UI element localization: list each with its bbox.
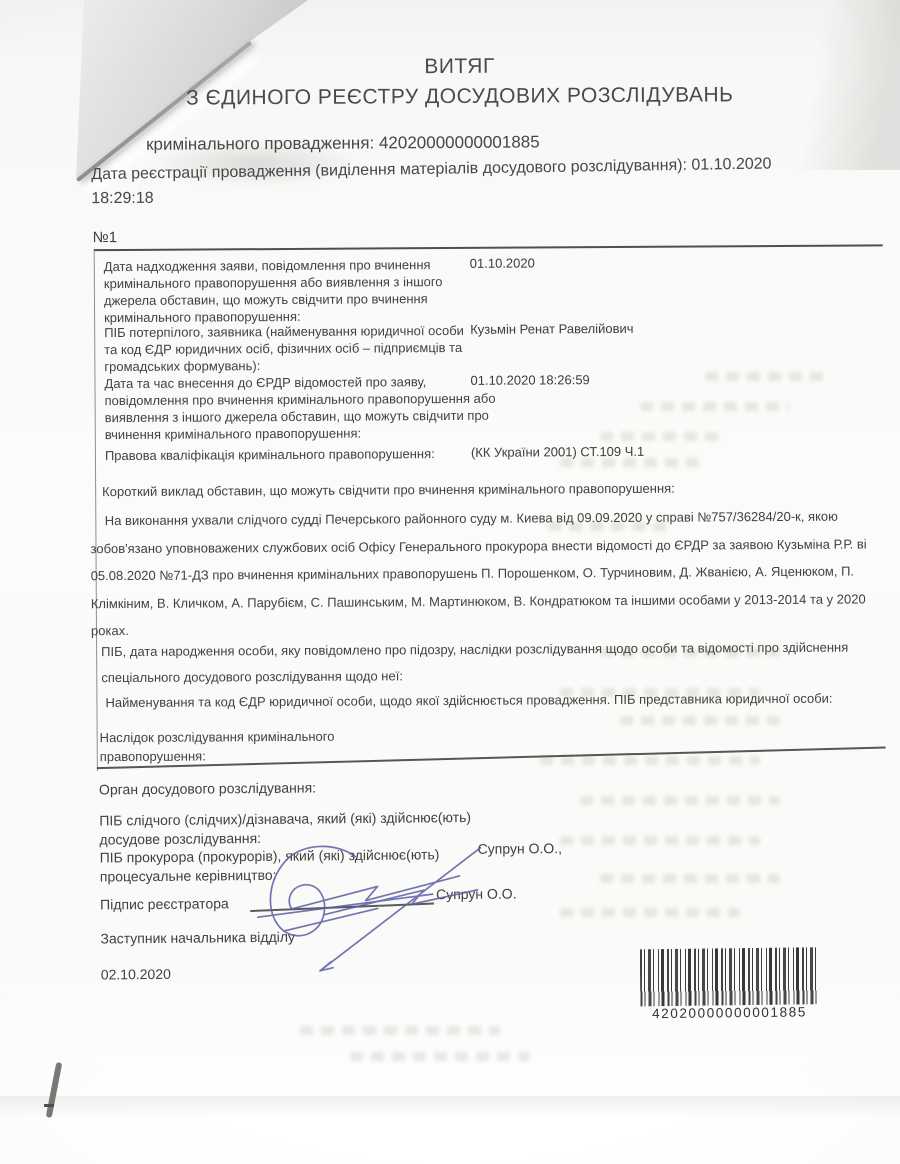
registrar-signature (227, 838, 493, 990)
record-number: №1 (93, 229, 118, 246)
outcome-label: Наслідок розслідування кримінального пра… (100, 727, 335, 766)
barcode: 42020000000001885 (640, 947, 819, 1021)
registrar-signature-label: Підпис реєстратора (100, 895, 229, 912)
document-sheet: ВИТЯГ З ЄДИНОГО РЕЄСТРУ ДОСУДОВИХ РОЗСЛІ… (0, 0, 900, 1164)
registration-time: 18:29:18 (91, 190, 153, 208)
row-value: 01.10.2020 (470, 255, 535, 270)
table-row: Правова кваліфікація кримінального право… (105, 442, 875, 464)
summary-heading: Короткий виклад обставин, що можуть свід… (102, 481, 675, 499)
summary-paragraph: На виконання ухвали слідчого судді Печер… (90, 502, 867, 644)
criminal-case-table: Дата надходження заяви, повідомлення про… (94, 244, 886, 771)
authority-label: Орган досудового розслідування: (99, 779, 316, 797)
title-line-2: З ЄДИНОГО РЕЄСТРУ ДОСУДОВИХ РОЗСЛІДУВАНЬ (0, 79, 900, 115)
row-value: (КК України 2001) СТ.109 Ч.1 (471, 444, 644, 460)
case-number-value: 42020000000001885 (379, 132, 540, 152)
legal-entity-label: Найменування та код ЄДР юридичної особи,… (105, 691, 832, 710)
table-row: ПІБ потерпілого, заявника (найменування … (104, 319, 874, 375)
barcode-number: 42020000000001885 (640, 1004, 818, 1021)
row-value: Кузьмін Ренат Равелійович (470, 321, 633, 337)
case-number-line: кримінального провадження: 4202000000000… (146, 132, 540, 154)
extract-date: 02.10.2020 (101, 966, 171, 983)
row-value: 01.10.2020 18:26:59 (470, 372, 589, 388)
suspect-info-label: ПІБ, дата народження особи, яку повідомл… (101, 635, 848, 692)
table-row: Дата та час внесення до ЄРДР відомостей … (104, 370, 874, 443)
barcode-bars (640, 947, 819, 1006)
document-footer: Орган досудового розслідування: ПІБ слід… (99, 771, 887, 779)
case-number-label: кримінального провадження: (146, 133, 374, 153)
table-row: Дата надходження заяви, повідомлення про… (104, 253, 874, 326)
document-title: ВИТЯГ З ЄДИНОГО РЕЄСТРУ ДОСУДОВИХ РОЗСЛІ… (0, 49, 900, 115)
scanned-document-photo: ВИТЯГ З ЄДИНОГО РЕЄСТРУ ДОСУДОВИХ РОЗСЛІ… (0, 0, 900, 1164)
registration-date-line: Дата реєстрації провадження (виділення м… (91, 156, 771, 185)
